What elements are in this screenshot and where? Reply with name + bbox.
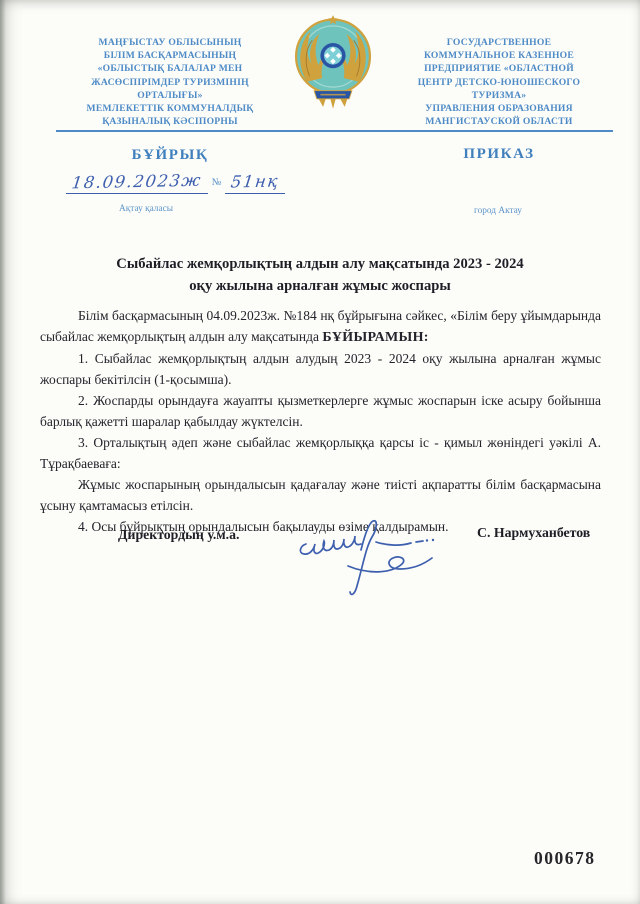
number-sign: № bbox=[212, 177, 222, 188]
org-line: КОММУНАЛЬНОЕ КАЗЕННОЕ bbox=[384, 49, 614, 62]
handwritten-signature-icon bbox=[292, 498, 452, 598]
org-line: МЕМЛЕКЕТТІК КОММУНАЛДЫҚ bbox=[52, 102, 288, 115]
date-number-row: 18.09.2023ж№51нқ bbox=[66, 172, 285, 194]
intro-paragraph: Білім басқармасының 04.09.2023ж. №184 нқ… bbox=[40, 305, 601, 348]
org-line: УПРАВЛЕНИЯ ОБРАЗОВАНИЯ bbox=[384, 102, 614, 115]
kazakhstan-coat-of-arms-icon bbox=[288, 10, 378, 112]
order-item-3: 3. Орталықтың әдеп және сыбайлас жемқорл… bbox=[40, 432, 601, 474]
org-line: ТУРИЗМА» bbox=[384, 89, 614, 102]
handwritten-date: 18.09.2023ж bbox=[71, 171, 203, 193]
scanned-order-document: МАҢҒЫСТАУ ОБЛЫСЫНЫҢ БІЛІМ БАСҚАРМАСЫНЫҢ … bbox=[0, 0, 640, 904]
org-line: «ОБЛЫСТЫҚ БАЛАЛАР МЕН bbox=[52, 62, 288, 75]
order-item-1: 1. Сыбайлас жемқорлықтың алдын алудың 20… bbox=[40, 348, 601, 390]
title-line-2: оқу жылына арналған жұмыс жоспары bbox=[60, 275, 580, 297]
order-word-russian: ПРИКАЗ bbox=[384, 146, 614, 163]
place-kazakh: Ақтау қаласы bbox=[66, 204, 226, 214]
signer-role: Директордың у.м.а. bbox=[118, 527, 239, 543]
org-line: ГОСУДАРСТВЕННОЕ bbox=[384, 36, 614, 49]
handwritten-order-number: 51нқ bbox=[230, 172, 280, 192]
title-line-1: Сыбайлас жемқорлықтың алдын алу мақсатын… bbox=[60, 253, 580, 275]
date-underline: 18.09.2023ж bbox=[66, 172, 208, 194]
number-underline: 51нқ bbox=[225, 172, 285, 194]
org-name-kazakh: МАҢҒЫСТАУ ОБЛЫСЫНЫҢ БІЛІМ БАСҚАРМАСЫНЫҢ … bbox=[52, 36, 288, 128]
org-line: ПРЕДПРИЯТИЕ «ОБЛАСТНОЙ bbox=[384, 62, 614, 75]
org-line: ҚАЗЫНАЛЫҚ КӘСІПОРНЫ bbox=[52, 115, 288, 128]
header-divider bbox=[56, 130, 613, 132]
org-line: ЦЕНТР ДЕТСКО-ЮНОШЕСКОГО bbox=[384, 76, 614, 89]
intro-bold-word: БҰЙЫРАМЫН: bbox=[322, 330, 428, 345]
signer-name: С. Нармуханбетов bbox=[477, 525, 590, 541]
place-russian: город Актау bbox=[438, 206, 558, 216]
intro-text: Білім басқармасының 04.09.2023ж. №184 нқ… bbox=[40, 308, 601, 344]
org-line: ЖАСӨСПІРІМДЕР ТУРИЗМІНІҢ bbox=[52, 76, 288, 89]
registration-stamp-number: 000678 bbox=[534, 848, 596, 869]
order-word-kazakh: БҰЙРЫҚ bbox=[52, 147, 288, 164]
org-name-russian: ГОСУДАРСТВЕННОЕ КОММУНАЛЬНОЕ КАЗЕННОЕ ПР… bbox=[384, 36, 614, 128]
org-line: МАҢҒЫСТАУ ОБЛЫСЫНЫҢ bbox=[52, 36, 288, 49]
org-line: ОРТАЛЫҒЫ» bbox=[52, 89, 288, 102]
document-title: Сыбайлас жемқорлықтың алдын алу мақсатын… bbox=[60, 253, 580, 297]
org-line: МАНГИСТАУСКОЙ ОБЛАСТИ bbox=[384, 115, 614, 128]
org-line: БІЛІМ БАСҚАРМАСЫНЫҢ bbox=[52, 49, 288, 62]
order-item-2: 2. Жоспарды орындауға жауапты қызметкерл… bbox=[40, 390, 601, 432]
